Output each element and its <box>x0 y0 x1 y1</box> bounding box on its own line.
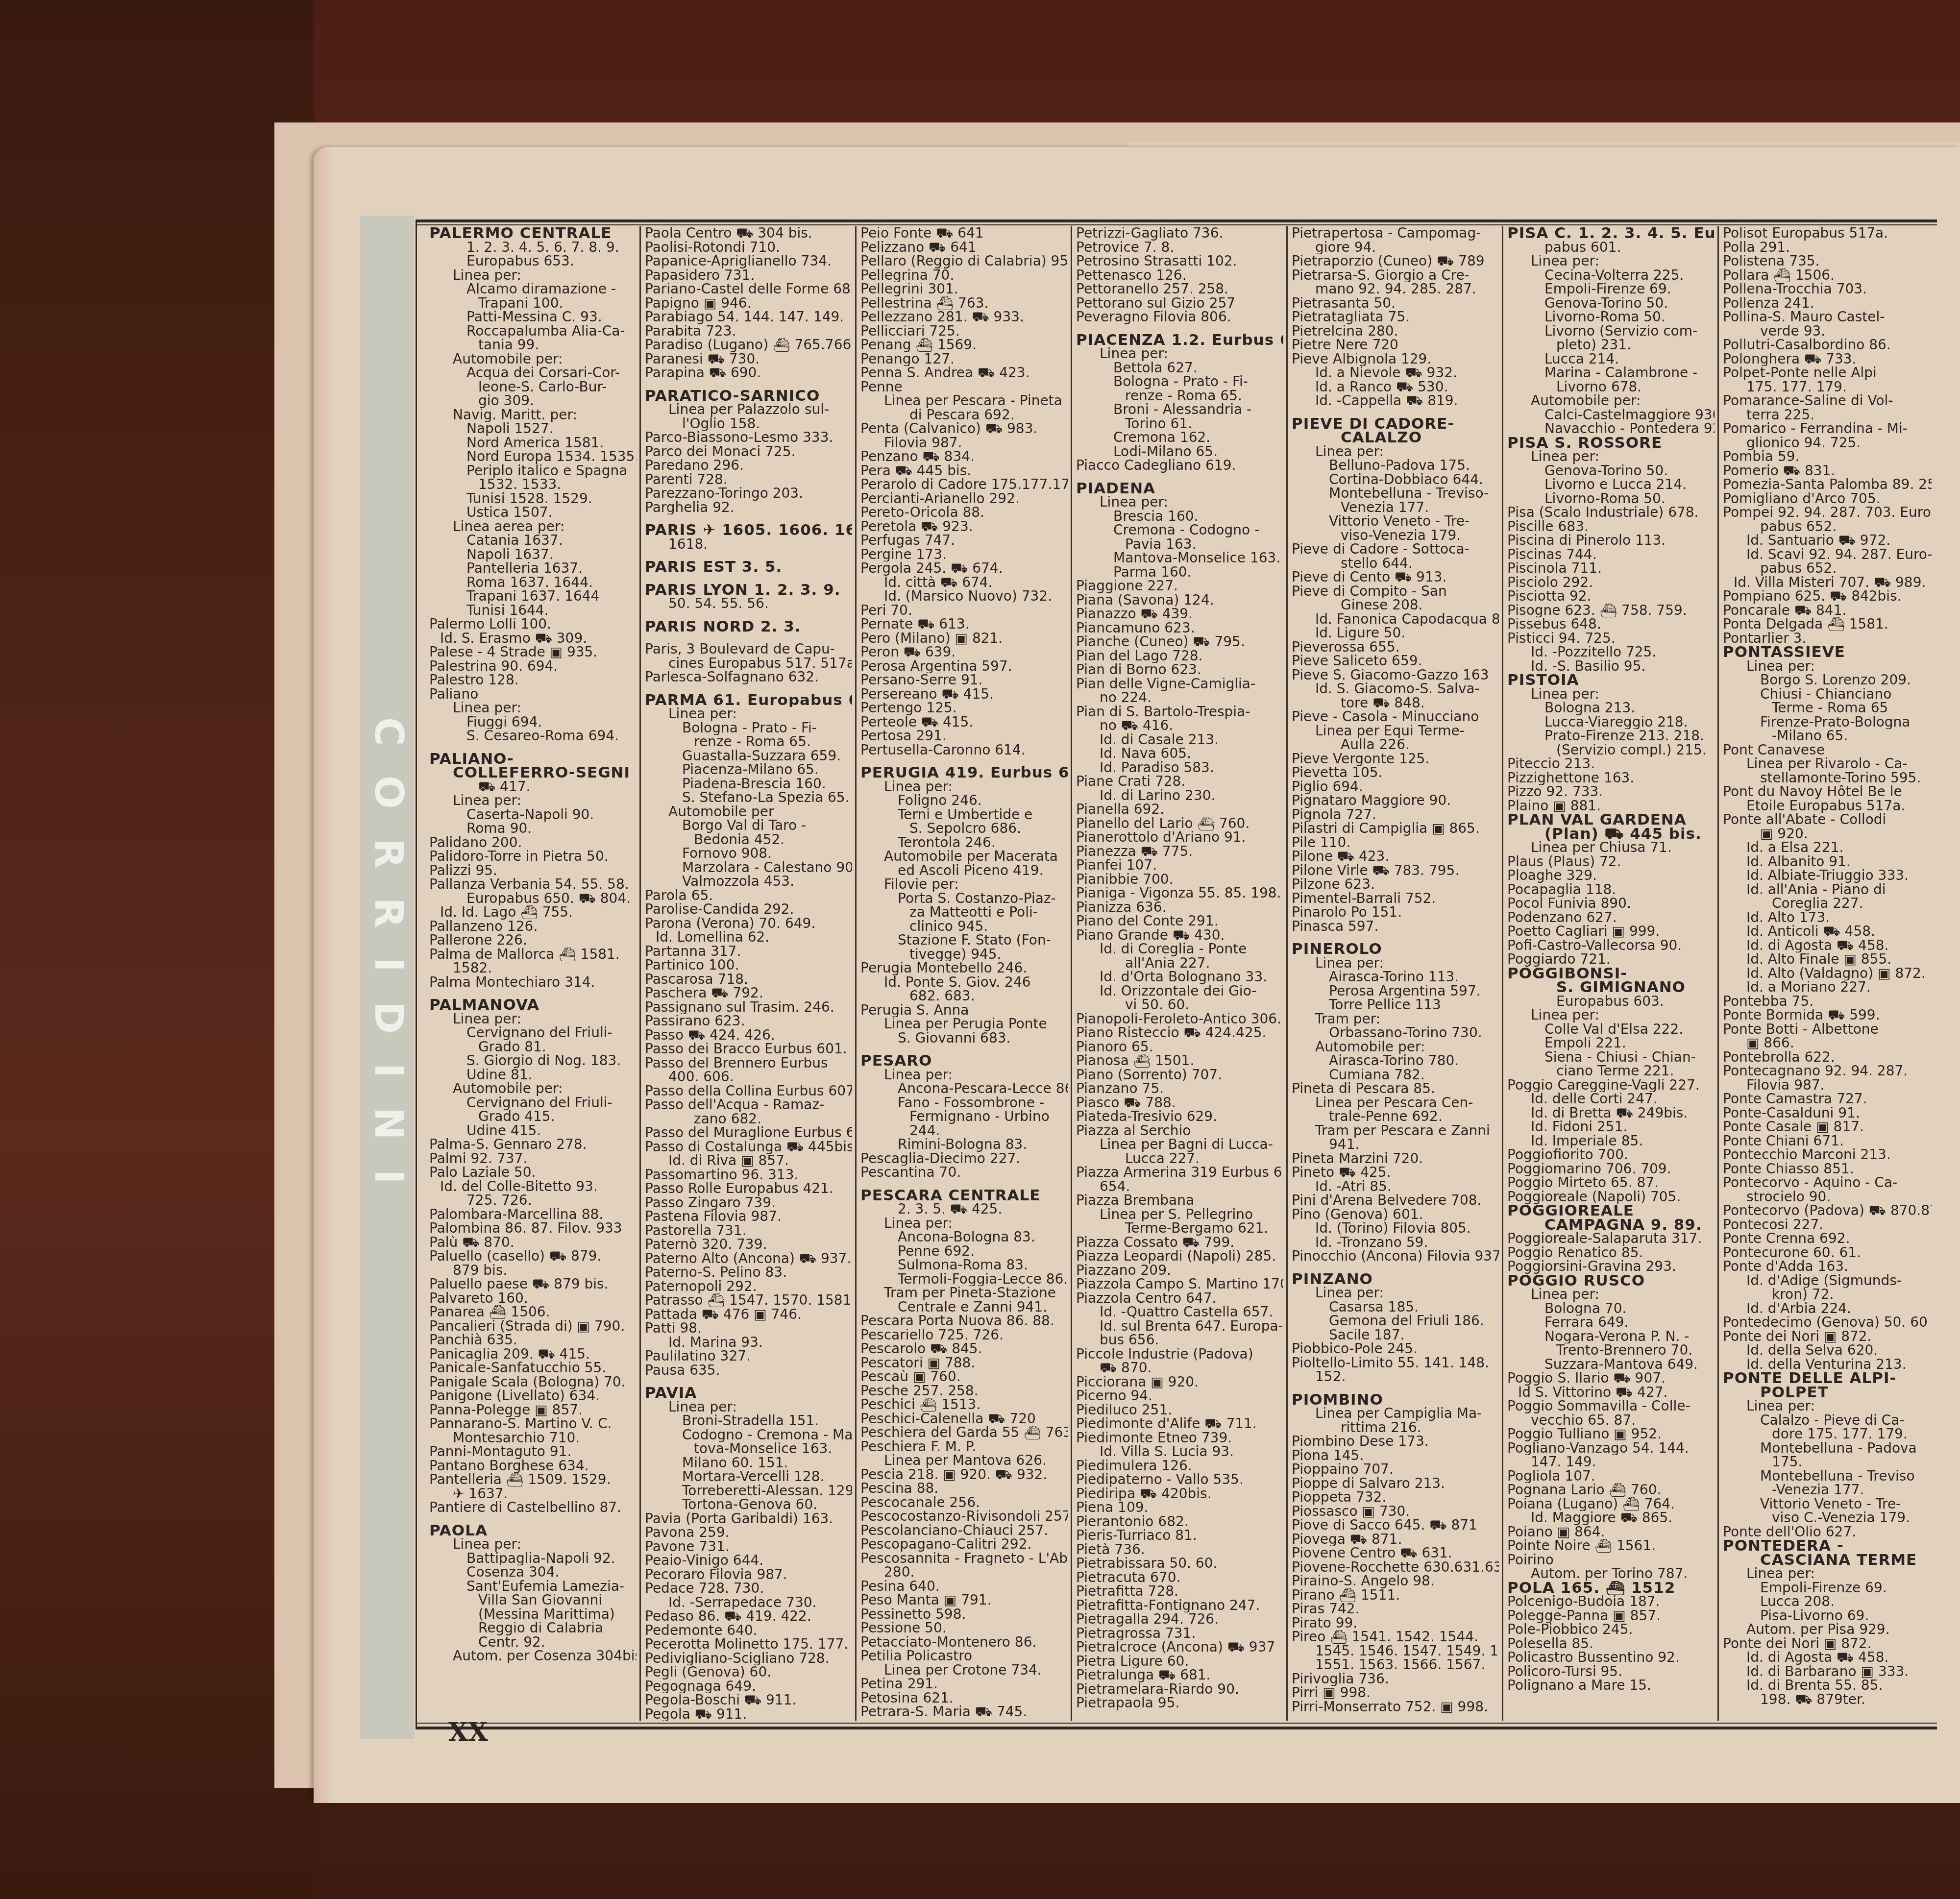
station-entry: viso-Venezia 179. <box>1292 529 1499 543</box>
station-entry: stello 644. <box>1292 557 1499 571</box>
station-heading: PONTE DELLE ALPI- <box>1723 1371 1932 1386</box>
station-entry: Broni - Alessandria - <box>1076 403 1283 417</box>
station-entry: Pallanzeno 126. <box>429 920 637 934</box>
station-entry: Pombia 59. <box>1723 450 1932 464</box>
station-entry: Pertusella-Caronno 614. <box>860 743 1068 757</box>
station-entry: Sulmona-Roma 83. <box>860 1258 1068 1272</box>
station-entry: Poiano ▣ 864. <box>1507 1525 1715 1539</box>
station-entry: Palvareto 160. <box>429 1291 637 1306</box>
station-entry: 147. 149. <box>1507 1455 1715 1469</box>
station-entry: 1. 2. 3. 4. 5. 6. 7. 8. 9. <box>429 241 637 255</box>
station-entry: Passomartino 96. 313. <box>645 1168 852 1182</box>
station-entry: Id. Albiate-Triuggio 333. <box>1723 869 1932 883</box>
station-entry: Pietragalla 294. 726. <box>1076 1612 1283 1627</box>
station-entry: Linea per Bagni di Lucca- <box>1076 1138 1283 1152</box>
station-entry: Pomigliano d'Arco 705. <box>1723 492 1932 506</box>
station-entry: Cecina-Volterra 225. <box>1507 268 1715 283</box>
station-entry: Palombina 86. 87. Filov. 933 <box>429 1221 637 1236</box>
station-entry: pabus 652. <box>1723 520 1932 534</box>
station-entry: Pianfei 107. <box>1076 858 1283 873</box>
station-entry: bus 656. <box>1076 1333 1283 1347</box>
station-entry: Ponte Crenna 692. <box>1723 1232 1932 1246</box>
station-entry: S. Sepolcro 686. <box>860 822 1068 836</box>
station-entry: Pariano-Castel delle Forme 682. <box>645 282 852 296</box>
station-entry: Id. -Tronzano 59. <box>1292 1236 1499 1250</box>
station-entry: Id. Alto 173. <box>1723 911 1932 925</box>
station-entry: Pollena-Trocchia 703. <box>1723 282 1932 296</box>
station-entry: Piovega ⛟ 871. <box>1292 1533 1499 1547</box>
station-entry: Piedimulera 126. <box>1076 1459 1283 1473</box>
station-entry: vecchio 65. 87. <box>1507 1413 1715 1428</box>
station-entry: 175. <box>1723 1455 1932 1469</box>
station-entry: Linea per: <box>1507 1008 1715 1023</box>
station-entry: Pallanza Verbania 54. 55. 58. <box>429 877 637 892</box>
station-entry: Montebelluna - Padova <box>1723 1441 1932 1456</box>
station-entry: Id. Anticoli ⛟ 458. <box>1723 925 1932 939</box>
station-entry: Empoli 221. <box>1507 1036 1715 1050</box>
station-entry: Id. Id. Lago ⛴ 755. <box>429 905 637 920</box>
station-entry: Pallerone 226. <box>429 933 637 948</box>
station-entry: Pontedecimo (Genova) 50. 60 <box>1723 1315 1932 1330</box>
station-entry: tivegge) 945. <box>860 948 1068 962</box>
station-entry: Id. Alto (Valdagno) ▣ 872. <box>1723 967 1932 981</box>
station-entry: Pilastri di Campiglia ▣ 865. <box>1292 822 1499 836</box>
station-entry: Pavone 731. <box>645 1540 852 1554</box>
station-entry: Peron ⛟ 639. <box>860 645 1068 659</box>
station-entry: Pineta Marzini 720. <box>1292 1152 1499 1166</box>
station-entry: Pescolanciano-Chiauci 257. <box>860 1524 1068 1538</box>
station-entry: Calalzo - Pieve di Ca- <box>1723 1413 1932 1428</box>
station-entry: Pian del Lago 728. <box>1076 649 1283 663</box>
station-entry: Linea per Perugia Ponte <box>860 1017 1068 1031</box>
station-heading: PLAN VAL GARDENA <box>1507 813 1715 827</box>
station-entry: Perosa Argentina 597. <box>1292 984 1499 998</box>
station-heading: PONTEDERA - <box>1723 1539 1932 1553</box>
station-entry: Id. Lomellina 62. <box>645 930 852 945</box>
station-entry: trale-Penne 692. <box>1292 1110 1499 1124</box>
station-heading: PAOLA <box>429 1524 637 1538</box>
station-entry: ciano Terme 221. <box>1507 1064 1715 1078</box>
station-entry: Piscille 683. <box>1507 520 1715 534</box>
station-entry: tore ⛟ 848. <box>1292 696 1499 710</box>
station-entry: Pianella 692. <box>1076 803 1283 817</box>
station-entry: Bedonia 452. <box>645 833 852 847</box>
station-entry: Pineto ⛟ 425. <box>1292 1166 1499 1180</box>
station-entry: Autom. per Cosenza 304bis <box>429 1649 637 1663</box>
station-entry: Pont du Navoy Hôtel Be le <box>1723 785 1932 799</box>
station-entry: Bologna - Prato - Fi- <box>1076 375 1283 389</box>
station-entry: Fiuggi 694. <box>429 715 637 730</box>
station-entry: Piateda-Tresivio 629. <box>1076 1110 1283 1124</box>
station-entry: Pinocchio (Ancona) Filovia 937. <box>1292 1249 1499 1264</box>
station-entry: Livorno-Roma 50. <box>1507 310 1715 324</box>
page-number: XX <box>448 1717 488 1747</box>
station-entry: Pietraporzio (Cuneo) ⛟ 789 <box>1292 254 1499 268</box>
station-entry: Lucca 208. <box>1723 1595 1932 1609</box>
station-entry: Id. di Brenta 55. 85. <box>1723 1679 1932 1693</box>
station-entry: Pieve Vergonte 125. <box>1292 752 1499 766</box>
station-entry: Pascarosa 718. <box>645 973 852 987</box>
station-entry: Piena 109. <box>1076 1501 1283 1515</box>
station-entry: Brescia 160. <box>1076 510 1283 524</box>
station-entry: Pirri-Monserrato 752. ▣ 998. <box>1292 1700 1499 1714</box>
station-entry: Pietragrossa 731. <box>1076 1627 1283 1641</box>
station-entry: Pisa-Livorno 69. <box>1723 1609 1932 1623</box>
station-entry: Pieve di Cento ⛟ 913. <box>1292 570 1499 584</box>
station-entry: Europabus 653. <box>429 254 637 268</box>
station-heading: PIACENZA 1.2. Eurbus 657. <box>1076 333 1283 347</box>
station-entry: Napoli 1637. <box>429 548 637 562</box>
station-entry: Automobile per: <box>429 1082 637 1096</box>
station-entry: Podenzano 627. <box>1507 911 1715 925</box>
station-entry: Petrizzi-Gagliato 736. <box>1076 226 1283 241</box>
station-entry: Piazza Brembana <box>1076 1193 1283 1208</box>
station-entry: Id. di Agosta ⛟ 458. <box>1723 1651 1932 1665</box>
station-entry: Pignataro Maggiore 90. <box>1292 794 1499 808</box>
station-entry: Linea per S. Pellegrino <box>1076 1208 1283 1222</box>
station-entry: Pianosa ⛴ 1501. <box>1076 1054 1283 1068</box>
station-entry: Palù ⛟ 870. <box>429 1236 637 1250</box>
station-entry: Passignano sul Trasim. 246. <box>645 1000 852 1015</box>
station-entry: Pettorano sul Gizio 257 <box>1076 296 1283 311</box>
station-entry: Pero (Milano) ▣ 821. <box>860 632 1068 646</box>
station-entry: Piona 145. <box>1292 1449 1499 1463</box>
station-entry: Palermo Lolli 100. <box>429 617 637 632</box>
station-entry: kron) 72. <box>1723 1288 1932 1302</box>
station-entry: Linea per Palazzolo sul- <box>645 403 852 417</box>
station-entry: Palombara-Marcellina 88. <box>429 1208 637 1222</box>
station-entry: Suzzara-Mantova 649. <box>1507 1358 1715 1372</box>
station-entry: Pilone ⛟ 423. <box>1292 850 1499 864</box>
station-entry: Piazza Leopardi (Napoli) 285. <box>1076 1249 1283 1264</box>
station-entry: Catania 1637. <box>429 534 637 548</box>
station-heading: PALIANO- <box>429 752 637 766</box>
station-entry: Linea per: <box>1507 254 1715 268</box>
station-entry: Siena - Chiusi - Chian- <box>1507 1050 1715 1065</box>
station-entry: Panigale Scala (Bologna) 70. <box>429 1375 637 1389</box>
station-entry: Palizzi 95. <box>429 864 637 878</box>
station-entry: Linea per: <box>1507 1288 1715 1302</box>
station-entry: Passo Zingaro 739. <box>645 1196 852 1210</box>
station-entry: Pontecchio Marconi 213. <box>1723 1148 1932 1162</box>
station-entry: Piedimonte Etneo 739. <box>1076 1431 1283 1445</box>
station-heading: PALERMO CENTRALE <box>429 226 637 241</box>
station-entry: Peretola ⛟ 923. <box>860 520 1068 534</box>
station-entry: Terme-Bergamo 621. <box>1076 1221 1283 1236</box>
station-entry: Linea per: <box>1292 1286 1499 1300</box>
station-entry: Id. di Riva ▣ 857. <box>645 1154 852 1168</box>
station-entry: Automobile per: <box>1292 1040 1499 1054</box>
station-entry: Navig. Maritt. per: <box>429 408 637 422</box>
station-entry: Piscina di Pinerolo 113. <box>1507 534 1715 548</box>
station-entry: Pilone Virle ⛟ 783. 795. <box>1292 864 1499 878</box>
station-entry: Ferrara 649. <box>1507 1315 1715 1330</box>
station-entry: 175. 177. 179. <box>1723 380 1932 394</box>
station-heading: PESCARA CENTRALE <box>860 1189 1068 1203</box>
station-entry: Pianiga - Vigonza 55. 85. 198. <box>1076 886 1283 901</box>
station-heading: PARIS NORD 2. 3. <box>645 620 852 634</box>
station-entry: Ancona-Pescara-Lecce 86. <box>860 1082 1068 1096</box>
station-entry: Id. Maggiore ⛟ 865. <box>1507 1511 1715 1525</box>
station-entry: 244. <box>860 1124 1068 1138</box>
station-entry: Montebelluna - Treviso <box>1723 1469 1932 1484</box>
station-entry: Pirri ▣ 998. <box>1292 1686 1499 1700</box>
station-heading: CASCIANA TERME <box>1723 1553 1932 1567</box>
station-entry: Automobile per Macerata <box>860 850 1068 864</box>
station-entry: Pioppeta 732. <box>1292 1490 1499 1505</box>
station-entry: ed Ascoli Piceno 419. <box>860 864 1068 878</box>
station-entry: Passo del Muraglione Eurbus 607 <box>645 1126 852 1140</box>
station-entry: Linea per: <box>645 1400 852 1414</box>
station-entry: Id. -S. Basilio 95. <box>1507 659 1715 674</box>
station-entry: pabus 652. <box>1723 561 1932 576</box>
station-entry: 1618. <box>645 537 852 552</box>
station-entry: Penne 692. <box>860 1244 1068 1259</box>
station-entry: Pianoro 65. <box>1076 1040 1283 1054</box>
station-entry: Tunisi 1528. 1529. <box>429 492 637 506</box>
station-entry: Id. -Serrapedace 730. <box>645 1596 852 1610</box>
station-entry: Pianzano 75. <box>1076 1082 1283 1096</box>
station-entry: Id. a Nievole ⛟ 932. <box>1292 366 1499 380</box>
station-entry: Piediluco 251. <box>1076 1403 1283 1417</box>
station-entry: Alcamo diramazione - <box>429 282 637 296</box>
station-entry: Poggiomarino 706. 709. <box>1507 1162 1715 1176</box>
station-entry: Piscinas 744. <box>1507 548 1715 562</box>
station-entry: Pegognaga 649. <box>645 1680 852 1694</box>
station-entry: 879 bis. <box>429 1264 637 1278</box>
station-entry: Pescina 88. <box>860 1482 1068 1496</box>
station-entry: za Matteotti e Poli- <box>860 905 1068 920</box>
station-entry: Piazzola Campo S. Martino 170. <box>1076 1277 1283 1291</box>
station-entry: Id. Villa Misteri 707. ⛟ 989. <box>1723 576 1932 590</box>
station-entry: Petilia Policastro <box>860 1649 1068 1663</box>
station-entry: Parenti 728. <box>645 473 852 487</box>
station-entry: zano 682. <box>645 1112 852 1126</box>
station-entry: Piane Crati 728. <box>1076 775 1283 789</box>
station-entry: Panarea ⛴ 1506. <box>429 1305 637 1319</box>
station-entry: Nogara-Verona P. N. - <box>1507 1330 1715 1344</box>
station-entry: Pioltello-Limito 55. 141. 148. <box>1292 1356 1499 1370</box>
station-entry: Id. di Agosta ⛟ 458. <box>1723 939 1932 953</box>
station-entry: Guastalla-Suzzara 659. <box>645 749 852 763</box>
station-entry: vi 50. 60. <box>1076 998 1283 1012</box>
station-entry: Pedace 728. 730. <box>645 1582 852 1596</box>
station-entry: Pisciolo 292. <box>1507 576 1715 590</box>
station-entry: Linea per Pescara Cen- <box>1292 1096 1499 1110</box>
station-entry: Pontecosi 227. <box>1723 1218 1932 1232</box>
station-entry: Piteccio 213. <box>1507 757 1715 771</box>
station-entry: no ⛟ 416. <box>1076 719 1283 733</box>
station-entry: Pannarano-S. Martino V. C. <box>429 1417 637 1431</box>
station-entry: Ponte Camastra 727. <box>1723 1092 1932 1106</box>
station-entry: Pino (Genova) 601. <box>1292 1208 1499 1222</box>
station-heading: COLLEFERRO-SEGNI <box>429 766 637 780</box>
index-column-6: PISA C. 1. 2. 3. 4. 5. Euro-pabus 601.Li… <box>1503 226 1719 1721</box>
station-entry: Panicale-Sanfatucchio 55. <box>429 1361 637 1375</box>
station-entry: Udine 81. <box>429 1068 637 1082</box>
station-entry: Id. Ponte S. Giov. 246 <box>860 975 1068 990</box>
station-entry: Pianche (Cuneo) ⛟ 795. <box>1076 635 1283 649</box>
station-entry: Caserta-Napoli 90. <box>429 808 637 822</box>
station-entry: Pierantonio 682. <box>1076 1515 1283 1529</box>
station-entry: Ponte Casale ▣ 817. <box>1723 1120 1932 1134</box>
station-entry: Peso Manta ▣ 791. <box>860 1593 1068 1607</box>
station-entry: Palo Laziale 50. <box>429 1166 637 1180</box>
station-heading: PARIS EST 3. 5. <box>645 560 852 574</box>
station-entry: Id. S. Erasmo ⛟ 309. <box>429 632 637 646</box>
station-entry: ✈ 1637. <box>429 1487 637 1501</box>
station-entry: Pianello del Lario ⛴ 760. <box>1076 817 1283 831</box>
station-entry: Pavia 163. <box>1076 537 1283 552</box>
station-entry: Piossasco ▣ 730. <box>1292 1505 1499 1519</box>
station-entry: Cortina-Dobbiaco 644. <box>1292 473 1499 487</box>
station-entry: Ploaghe 329. <box>1507 869 1715 883</box>
station-entry: Parghelia 92. <box>645 501 852 515</box>
station-entry: Battipaglia-Napoli 92. <box>429 1552 637 1566</box>
station-entry: Id. Ligure 50. <box>1292 626 1499 640</box>
station-entry: Palese - 4 Strade ▣ 935. <box>429 645 637 659</box>
station-entry: Palestrina 90. 694. <box>429 659 637 674</box>
station-entry: Tram per Pineta-Stazione <box>860 1286 1068 1300</box>
station-entry: Pireo ⛴ 1541. 1542. 1544. <box>1292 1630 1499 1644</box>
station-entry: Broni-Stradella 151. <box>645 1414 852 1428</box>
station-entry: Poncarale ⛟ 841. <box>1723 604 1932 618</box>
station-entry: Palma Montechiaro 314. <box>429 975 637 990</box>
station-entry: Grado 415. <box>429 1110 637 1124</box>
station-entry: Id. a Moriano 227. <box>1723 980 1932 995</box>
station-entry: S. Cesareo-Roma 694. <box>429 729 637 743</box>
station-entry: Polonghera ⛟ 733. <box>1723 352 1932 366</box>
station-entry: Pietà 736. <box>1076 1543 1283 1557</box>
station-entry: Pescosannita - Fragneto - L'Abate <box>860 1552 1068 1566</box>
station-entry: Id. Albanito 91. <box>1723 855 1932 869</box>
index-column-3: Peio Fonte ⛟ 641Pelizzano ⛟ 641Pellaro (… <box>857 226 1072 1721</box>
station-entry: (Messina Marittima) <box>429 1607 637 1622</box>
station-entry: 654. <box>1076 1180 1283 1194</box>
station-entry: Id. della Venturina 213. <box>1723 1358 1932 1372</box>
station-entry: Pantelleria ⛴ 1509. 1529. <box>429 1473 637 1487</box>
station-heading: PARIS ✈ 1605. 1606. 1608. <box>645 523 852 537</box>
station-entry: Pantano Borghese 634. <box>429 1459 637 1473</box>
station-heading: S. GIMIGNANO <box>1507 980 1715 995</box>
station-entry: Pizzo 92. 733. <box>1507 785 1715 799</box>
station-entry: 941. <box>1292 1138 1499 1152</box>
station-entry: Panni-Montaguto 91. <box>429 1445 637 1459</box>
station-entry: Poiana (Lugano) ⛴ 764. <box>1507 1497 1715 1511</box>
station-entry: Belluno-Padova 175. <box>1292 459 1499 473</box>
station-entry: Id. di Barbarano ▣ 333. <box>1723 1665 1932 1679</box>
station-entry: Petacciato-Montenero 86. <box>860 1635 1068 1650</box>
station-entry: Pogliola 107. <box>1507 1469 1715 1484</box>
station-entry: Poggiorsini-Gravina 293. <box>1507 1260 1715 1274</box>
station-entry: Piadena-Brescia 160. <box>645 777 852 791</box>
station-entry: Pollutri-Casalbordino 86. <box>1723 338 1932 352</box>
station-entry: Id. di Larino 230. <box>1076 789 1283 803</box>
station-entry: Pereto-Oricola 88. <box>860 506 1068 520</box>
station-entry: Linea per: <box>429 701 637 715</box>
station-heading: POGGIBONSI- <box>1507 967 1715 981</box>
station-entry: Peschici-Calenella ⛟ 720 <box>860 1412 1068 1426</box>
station-entry: Europabus 650. ⛟ 804. <box>429 892 637 906</box>
station-entry: Pomezia-Santa Palomba 89. 251. <box>1723 478 1932 492</box>
station-entry: Pessinetto 598. <box>860 1607 1068 1622</box>
station-entry: Peio Fonte ⛟ 641 <box>860 226 1068 241</box>
station-entry: giore 94. <box>1292 241 1499 255</box>
station-entry: Roma 1637. 1644. <box>429 576 637 590</box>
station-entry: S. Giovanni 683. <box>860 1031 1068 1046</box>
station-entry: cines Europabus 517. 517a. <box>645 657 852 671</box>
station-entry: Pedemonte 640. <box>645 1624 852 1638</box>
station-entry: Pietramelara-Riardo 90. <box>1076 1682 1283 1697</box>
station-entry: renze - Roma 65. <box>1076 389 1283 403</box>
station-entry: Linea per Chiusa 71. <box>1507 841 1715 855</box>
station-heading: PISTOIA <box>1507 673 1715 687</box>
station-entry: Borgo S. Lorenzo 209. <box>1723 673 1932 687</box>
station-entry: Poggio Careggine-Vagli 227. <box>1507 1078 1715 1093</box>
station-entry: Papigno ▣ 946. <box>645 296 852 311</box>
station-entry: Pontarlier 3. <box>1723 632 1932 646</box>
station-entry: Linea per: <box>645 707 852 721</box>
station-entry: Pietracuta 670. <box>1076 1571 1283 1585</box>
station-entry: Piobbico-Pole 245. <box>1292 1342 1499 1356</box>
station-entry: 280. <box>860 1565 1068 1580</box>
station-entry: Patti-Messina C. 93. <box>429 310 637 324</box>
station-entry: Id. Scavi 92. 94. 287. Euro- <box>1723 548 1932 562</box>
station-entry: Vittorio Veneto - Tre- <box>1723 1497 1932 1511</box>
station-entry: Paterno-S. Pelino 83. <box>645 1266 852 1280</box>
station-entry: Stazione F. Stato (Fon- <box>860 933 1068 948</box>
station-entry: Papanice-Apriglianello 734. <box>645 254 852 268</box>
station-entry: Grado 81. <box>429 1040 637 1054</box>
station-entry: Pellaro (Reggio di Calabria) 95. <box>860 254 1068 268</box>
station-entry: Parma 160. <box>1076 565 1283 580</box>
station-entry: Pietrafitta 728. <box>1076 1584 1283 1599</box>
station-entry: Terme - Roma 65 <box>1723 701 1932 715</box>
station-entry: Livorno-Roma 50. <box>1507 492 1715 506</box>
station-entry: Pellicciari 725. <box>860 324 1068 339</box>
index-column-5: Pietrapertosa - Campomag-giore 94.Pietra… <box>1288 226 1503 1721</box>
station-entry: Pescaglia-Diecimo 227. <box>860 1152 1068 1166</box>
station-entry: Livorno 678. <box>1507 380 1715 394</box>
station-entry: Panna-Polegge ▣ 857. <box>429 1403 637 1417</box>
station-entry: Piglio 694. <box>1292 780 1499 794</box>
station-entry: Petosina 621. <box>860 1691 1068 1705</box>
station-entry: Automobile per <box>645 805 852 819</box>
station-entry: Poetto Cagliari ▣ 999. <box>1507 925 1715 939</box>
station-entry: Passirano 623. <box>645 1014 852 1028</box>
station-entry: Paradiso (Lugano) ⛴ 765.766 <box>645 338 852 352</box>
station-entry: Pianibbie 700. <box>1076 873 1283 887</box>
station-entry: Pioppaino 707. <box>1292 1462 1499 1477</box>
station-entry: Parco-Biassono-Lesmo 333. <box>645 431 852 445</box>
station-entry: verde 93. <box>1723 324 1932 339</box>
frame-rule-bottom <box>416 1723 1937 1724</box>
station-entry: Poggiofiorito 700. <box>1507 1148 1715 1162</box>
station-entry: S. Stefano-La Spezia 65. <box>645 791 852 805</box>
station-entry: Pastorella 731. <box>645 1224 852 1238</box>
station-entry: Marina - Calambrone - <box>1507 366 1715 380</box>
station-entry: -Venezia 177. <box>1723 1483 1932 1497</box>
station-entry: Prato-Firenze 213. 218. <box>1507 729 1715 743</box>
frame-rule-top <box>416 224 1937 225</box>
station-entry: Europabus 603. <box>1507 995 1715 1009</box>
station-entry: Pissebus 648. <box>1507 617 1715 632</box>
station-entry: di Pescara 692. <box>860 408 1068 422</box>
station-entry: Perosa Argentina 597. <box>860 659 1068 674</box>
station-entry: Pietrafitta-Fontignano 247. <box>1076 1599 1283 1613</box>
station-entry: Marzolara - Calestano 907. <box>645 861 852 875</box>
station-entry: Piedimonte d'Alife ⛟ 711. <box>1076 1417 1283 1431</box>
